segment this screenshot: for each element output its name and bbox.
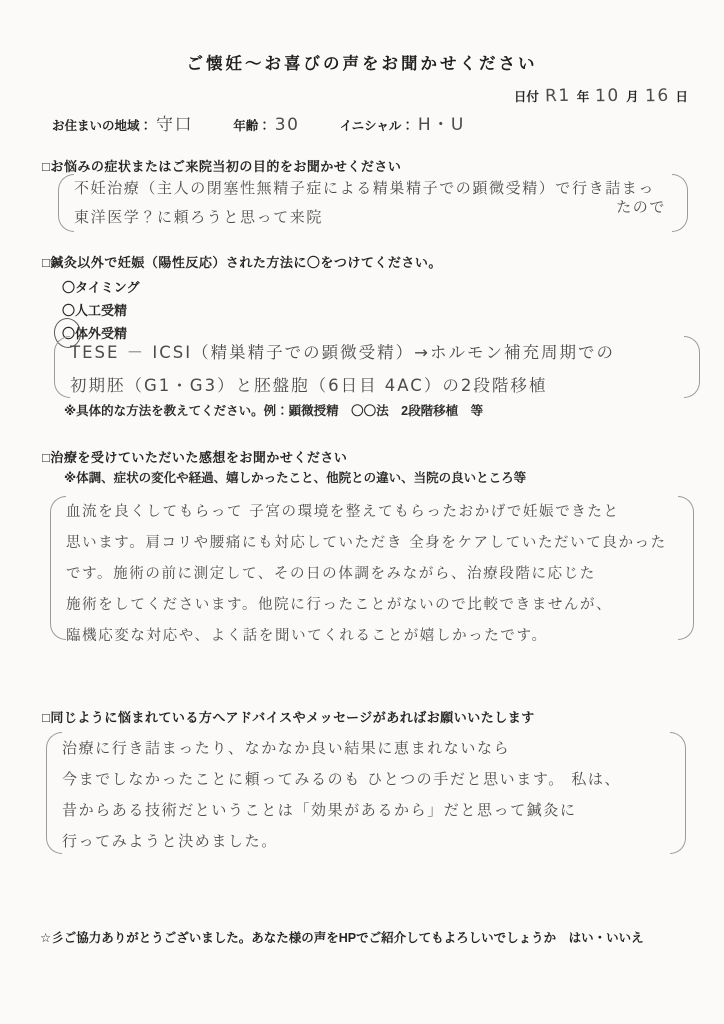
advice-line-3: 昔からある技術だということは「効果があるから」だと思って鍼灸に: [62, 799, 670, 820]
date-era-year-value: R1: [545, 86, 571, 106]
methods-answer-line-1: TESE － ICSI（精巣精子での顕微受精）→ホルモン補充周期での: [70, 336, 684, 363]
handwritten-bracket-left: [50, 496, 66, 640]
profile-row: お住まいの地域：守口年齢：30イニシャル：H・U: [52, 110, 479, 135]
date-label: 日付: [514, 90, 539, 104]
methods-example-note: ※具体的な方法を教えてください。例：顕微授精 〇〇法 2段階移植 等: [64, 401, 483, 419]
method-option-artificial-insemination: 〇人工受精: [62, 300, 127, 319]
scanned-questionnaire-page: ご懐妊～お喜びの声をお聞かせください 日付R1年10月16日 お住まいの地域：守…: [0, 0, 724, 1024]
option-label: 人工受精: [75, 303, 127, 318]
handwritten-bracket-right: [672, 174, 688, 232]
advice-line-1: 治療に行き詰まったり、なかなか良い結果に恵まれないなら: [62, 732, 670, 758]
section-symptoms-header: □お悩みの症状またはご来院当初の目的をお聞かせください: [42, 156, 401, 175]
initials-value: H・U: [418, 110, 465, 135]
advice-answer: 治療に行き詰まったり、なかなか良い結果に恵まれないなら 今までしなかったことに頼…: [62, 732, 670, 854]
section-methods-header: □鍼灸以外で妊娠（陽性反応）された方法に〇をつけてください。: [42, 252, 442, 271]
footer-thanks-and-publish-consent: ☆彡ご協力ありがとうございました。あなた様の声をHPでご紹介してもよろしいでしょ…: [40, 928, 644, 946]
impressions-line-4: 施術をしてくださいます。他院に行ったことがないので比較できませんが、: [66, 593, 678, 614]
handwritten-bracket-right: [678, 496, 694, 640]
age-value: 30: [275, 115, 300, 135]
handwritten-bracket-right: [670, 732, 686, 854]
region-value: 守口: [156, 110, 193, 135]
option-circle-mark: 〇: [62, 303, 75, 318]
section-impressions-header: □治療を受けていただいた感想をお聞かせください: [42, 447, 347, 466]
symptoms-line-1: 不妊治療（主人の閉塞性無精子症による精巣精子での顕微受精）で行き詰まっ: [74, 174, 672, 198]
option-circle-mark: 〇: [62, 280, 75, 295]
initials-label: イニシャル：: [340, 119, 414, 133]
impressions-line-3: です。施術の前に測定して、その日の体調をみながら、治療段階に応じた: [66, 562, 678, 583]
date-day-value: 16: [644, 86, 669, 106]
methods-answer-line-2: 初期胚（G1・G3）と胚盤胞（6日目 4AC）の2段階移植: [70, 372, 684, 396]
date-month-value: 10: [595, 86, 620, 106]
symptoms-answer: 不妊治療（主人の閉塞性無精子症による精巣精子での顕微受精）で行き詰まっ 東洋医学…: [74, 174, 672, 232]
date-month-unit: 月: [626, 90, 639, 104]
impressions-line-2: 思います。肩コリや腰痛にも対応していただき 全身をケアしていただいて良かった: [66, 531, 678, 552]
handwritten-bracket-left: [46, 732, 62, 854]
method-option-timing: 〇タイミング: [62, 277, 140, 296]
option-label: タイミング: [75, 280, 139, 295]
methods-answer: TESE － ICSI（精巣精子での顕微受精）→ホルモン補充周期での 初期胚（G…: [70, 336, 684, 398]
impressions-line-5: 臨機応変な対応や、よく話を聞いてくれることが嬉しかったです。: [66, 624, 678, 645]
symptoms-line-1-carry: たので: [616, 196, 666, 217]
age-label: 年齢：: [233, 119, 271, 133]
form-title: ご懐妊～お喜びの声をお聞かせください: [0, 50, 724, 74]
handwritten-bracket-left: [54, 336, 70, 398]
section-advice-header: □同じように悩まれている方へアドバイスやメッセージがあればお願いいたします: [42, 707, 535, 726]
advice-line-2: 今までしなかったことに頼ってみるのも ひとつの手だと思います。 私は、: [62, 768, 670, 789]
impressions-subnote: ※体調、症状の変化や経過、嬉しかったこと、他院との違い、当院の良いところ等: [64, 468, 526, 486]
handwritten-bracket-left: [58, 174, 74, 232]
handwritten-bracket-right: [684, 336, 700, 398]
date-day-unit: 日: [675, 90, 688, 104]
date-row: 日付R1年10月16日: [514, 86, 688, 106]
region-label: お住まいの地域：: [52, 119, 152, 133]
advice-line-4: 行ってみようと決めました。: [62, 830, 670, 851]
impressions-line-1: 血流を良くしてもらって 子宮の環境を整えてもらったおかげで妊娠できたと: [66, 496, 678, 521]
impressions-answer: 血流を良くしてもらって 子宮の環境を整えてもらったおかげで妊娠できたと 思います…: [66, 496, 678, 640]
symptoms-line-2: 東洋医学？に頼ろうと思って来院: [74, 206, 323, 227]
date-year-unit: 年: [577, 90, 590, 104]
